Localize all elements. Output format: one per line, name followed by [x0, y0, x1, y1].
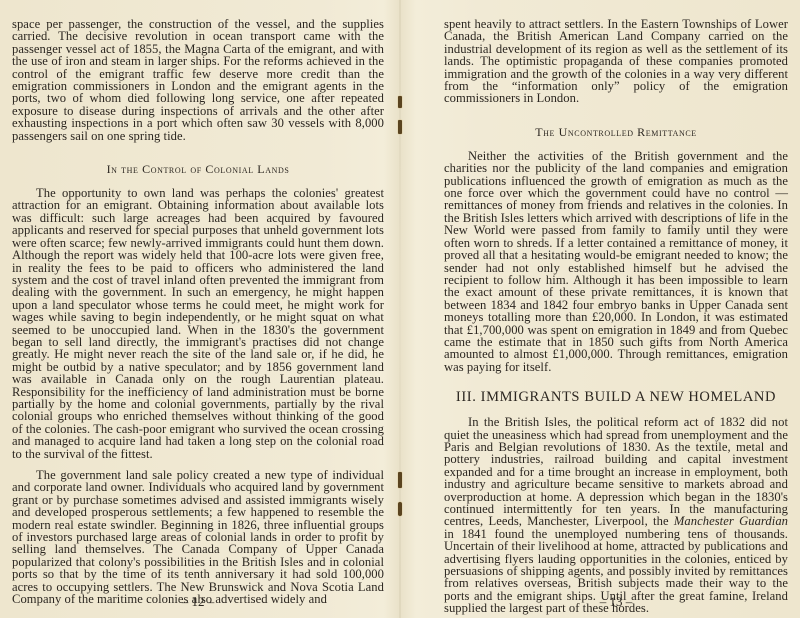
paragraph: The government land sale policy created … — [12, 469, 384, 605]
book-gutter — [399, 0, 401, 618]
staple-icon — [398, 96, 402, 108]
paragraph: space per passenger, the construction of… — [12, 18, 384, 142]
staple-icon — [398, 120, 402, 134]
right-page-body: spent heavily to attract settlers. In th… — [444, 18, 788, 615]
page-number: – 12 – — [12, 594, 384, 610]
page-number: – 13 – — [444, 594, 788, 610]
section-heading: The Uncontrolled Remittance — [444, 125, 788, 140]
left-page-body: space per passenger, the construction of… — [12, 18, 384, 605]
section-heading: In the Control of Colonial Lands — [12, 162, 384, 177]
book-spread: space per passenger, the construction of… — [0, 0, 800, 618]
staple-icon — [398, 502, 402, 516]
chapter-heading: III. IMMIGRANTS BUILD A NEW HOMELAND — [444, 389, 788, 406]
paragraph-text: In the British Isles, the political refo… — [444, 415, 788, 528]
paragraph: spent heavily to attract settlers. In th… — [444, 18, 788, 105]
staple-icon — [398, 472, 402, 488]
right-page: spent heavily to attract settlers. In th… — [400, 0, 800, 618]
paragraph: The opportunity to own land was perhaps … — [12, 187, 384, 460]
left-page: space per passenger, the construction of… — [0, 0, 400, 618]
paragraph: In the British Isles, the political refo… — [444, 416, 788, 615]
paragraph: Neither the activities of the British go… — [444, 150, 788, 373]
